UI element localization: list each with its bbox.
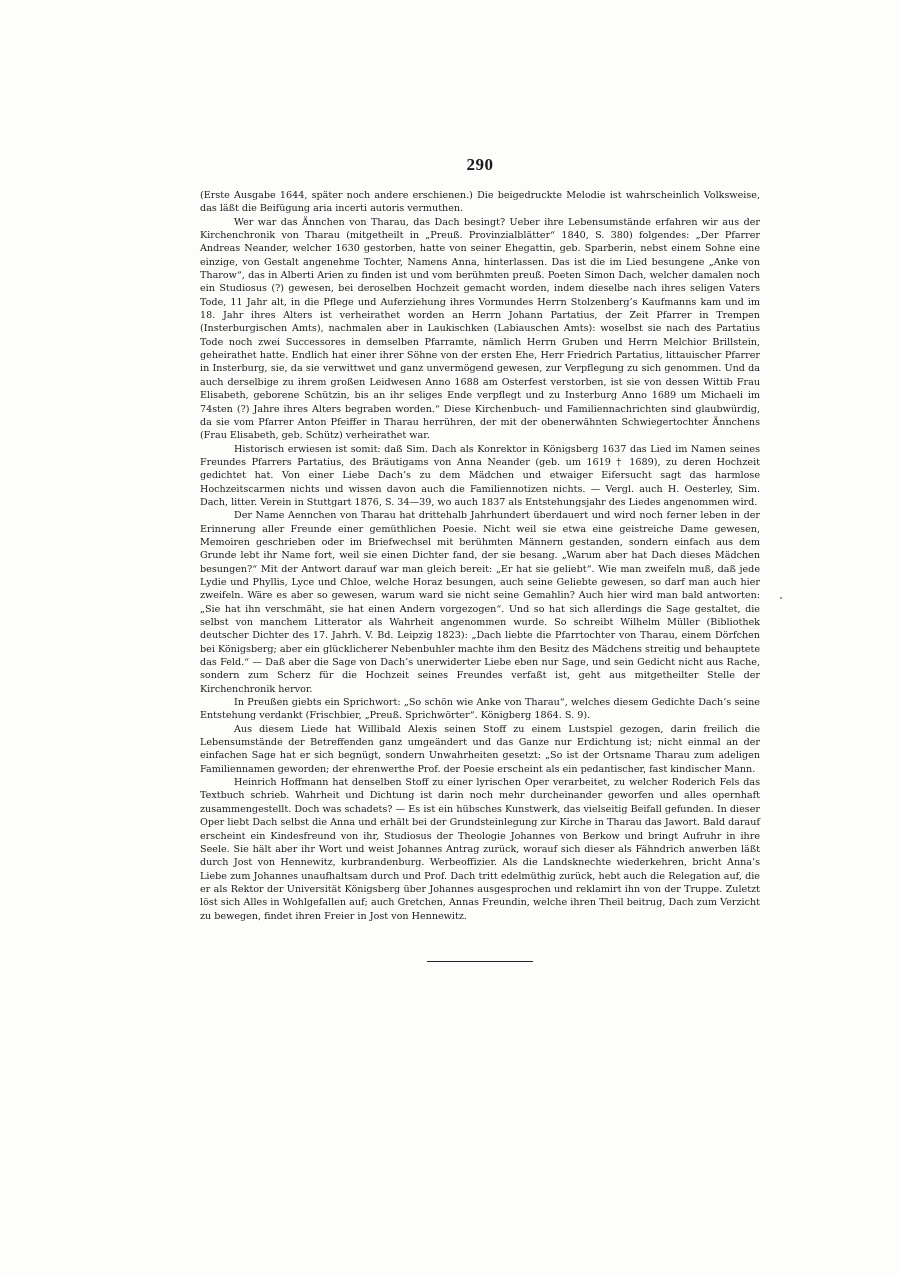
paragraph-church-chronicle: Wer war das Ännchen von Tharau, das Dach…: [200, 216, 760, 443]
scan-speck: [780, 597, 782, 599]
paragraph-edition-note: (Erste Ausgabe 1644, später noch andere …: [200, 189, 760, 216]
paragraph-hoffmann-opera: Heinrich Hoffmann hat denselben Stoff zu…: [200, 776, 760, 923]
page-number: 290: [200, 155, 760, 175]
paragraph-name-legacy: Der Name Aennchen von Tharau hat dritteh…: [200, 509, 760, 696]
paragraph-historical-proof: Historisch erwiesen ist somit: daß Sim. …: [200, 443, 760, 510]
paragraph-alexis-comedy: Aus diesem Liede hat Willibald Alexis se…: [200, 723, 760, 776]
section-end-rule: [427, 961, 533, 962]
document-page: 290 (Erste Ausgabe 1644, später noch and…: [200, 155, 760, 962]
paragraph-proverb: In Preußen giebts ein Sprichwort: „So sc…: [200, 696, 760, 723]
